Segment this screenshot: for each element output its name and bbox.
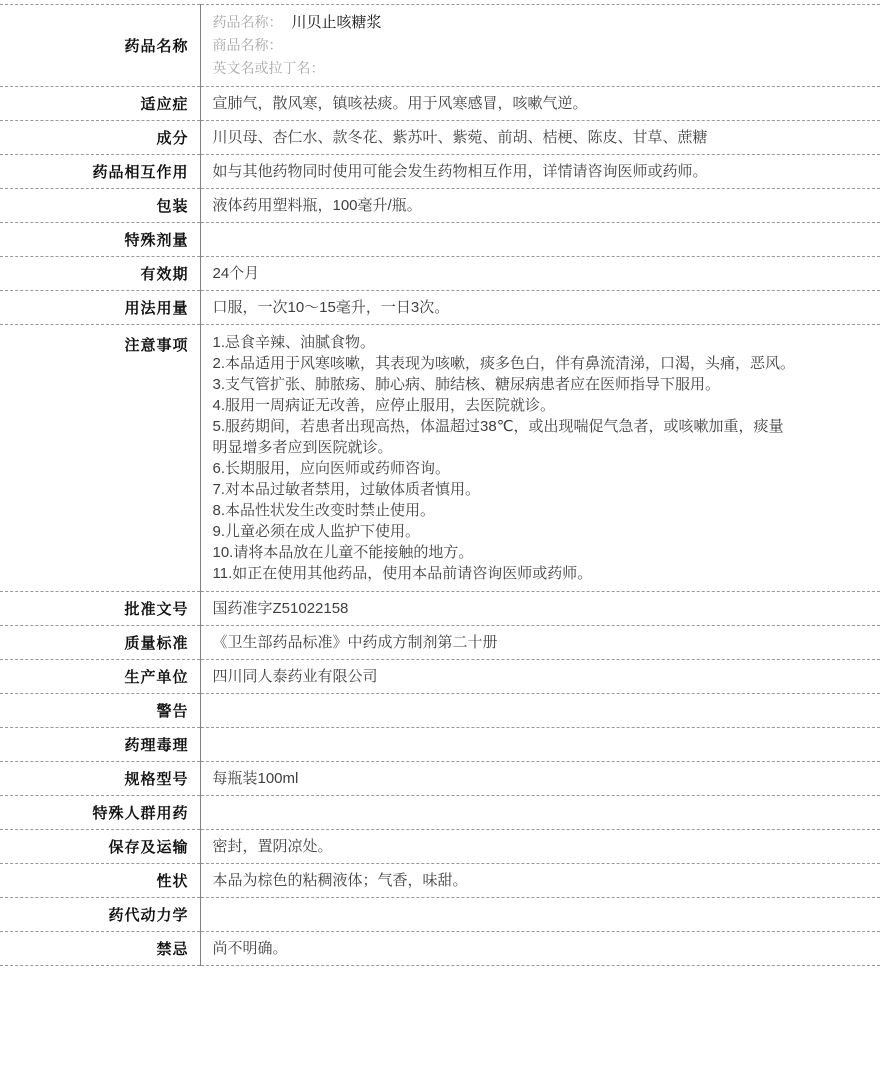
drug-info-table: 药品名称 药品名称：川贝止咳糖浆 商品名称： 英文名或拉丁名： 适应症 宣肺气，… xyxy=(0,4,880,966)
row-label-drug-name: 药品名称 xyxy=(0,5,200,87)
table-row: 适应症 宣肺气，散风寒，镇咳祛痰。用于风寒感冒，咳嗽气逆。 xyxy=(0,87,880,121)
precaution-line: 4.服用一周病证无改善，应停止服用，去医院就诊。 xyxy=(213,395,869,416)
row-value-properties: 本品为棕色的粘稠液体；气香，味甜。 xyxy=(200,864,880,898)
table-row: 成分 川贝母、杏仁水、款冬花、紫苏叶、紫菀、前胡、桔梗、陈皮、甘草、蔗糖 xyxy=(0,121,880,155)
row-value-indications: 宣肺气，散风寒，镇咳祛痰。用于风寒感冒，咳嗽气逆。 xyxy=(200,87,880,121)
precaution-line: 9.儿童必须在成人监护下使用。 xyxy=(213,521,869,542)
precaution-line: 6.长期服用，应向医师或药师咨询。 xyxy=(213,458,869,479)
row-value-special-populations xyxy=(200,796,880,830)
table-row: 规格型号 每瓶装100ml xyxy=(0,762,880,796)
row-value-dosage-usage: 口服，一次10～15毫升，一日3次。 xyxy=(200,291,880,325)
row-value-manufacturer: 四川同人泰药业有限公司 xyxy=(200,660,880,694)
row-value-pharmacokinetics xyxy=(200,898,880,932)
row-value-precautions: 1.忌食辛辣、油腻食物。 2.本品适用于风寒咳嗽，其表现为咳嗽，痰多色白，伴有鼻… xyxy=(200,325,880,592)
precaution-line: 5.服药期间，若患者出现高热，体温超过38℃，或出现喘促气急者，或咳嗽加重，痰量 xyxy=(213,416,869,437)
row-value-contraindications: 尚不明确。 xyxy=(200,932,880,966)
latin-name-field: 英文名或拉丁名： xyxy=(213,57,869,80)
table-row: 有效期 24个月 xyxy=(0,257,880,291)
table-row: 生产单位 四川同人泰药业有限公司 xyxy=(0,660,880,694)
table-row: 药品名称 药品名称：川贝止咳糖浆 商品名称： 英文名或拉丁名： xyxy=(0,5,880,87)
table-row: 性状 本品为棕色的粘稠液体；气香，味甜。 xyxy=(0,864,880,898)
precaution-line: 明显增多者应到医院就诊。 xyxy=(213,437,869,458)
row-label-warning: 警告 xyxy=(0,694,200,728)
row-value-pharmacology-toxicology xyxy=(200,728,880,762)
precaution-line: 11.如正在使用其他药品，使用本品前请咨询医师或药师。 xyxy=(213,563,869,584)
table-row: 药理毒理 xyxy=(0,728,880,762)
precaution-line: 8.本品性状发生改变时禁止使用。 xyxy=(213,500,869,521)
precaution-line: 1.忌食辛辣、油腻食物。 xyxy=(213,332,869,353)
drug-name-field: 药品名称：川贝止咳糖浆 xyxy=(213,11,869,34)
table-row: 禁忌 尚不明确。 xyxy=(0,932,880,966)
latin-name-key: 英文名或拉丁名： xyxy=(213,60,325,76)
row-value-interactions: 如与其他药物同时使用可能会发生药物相互作用，详情请咨询医师或药师。 xyxy=(200,155,880,189)
drug-name-key: 药品名称： xyxy=(213,14,283,30)
trade-name-key: 商品名称： xyxy=(213,37,283,53)
row-value-specification: 每瓶装100ml xyxy=(200,762,880,796)
table-row-precautions: 注意事项 1.忌食辛辣、油腻食物。 2.本品适用于风寒咳嗽，其表现为咳嗽，痰多色… xyxy=(0,325,880,592)
row-value-approval-number: 国药准字Z51022158 xyxy=(200,592,880,626)
row-label-pharmacokinetics: 药代动力学 xyxy=(0,898,200,932)
row-value-warning xyxy=(200,694,880,728)
row-label-storage-transport: 保存及运输 xyxy=(0,830,200,864)
table-row: 质量标准 《卫生部药品标准》中药成方制剂第二十册 xyxy=(0,626,880,660)
table-row: 特殊剂量 xyxy=(0,223,880,257)
row-label-quality-standard: 质量标准 xyxy=(0,626,200,660)
table-row: 药品相互作用 如与其他药物同时使用可能会发生药物相互作用，详情请咨询医师或药师。 xyxy=(0,155,880,189)
row-label-indications: 适应症 xyxy=(0,87,200,121)
precaution-line: 3.支气管扩张、肺脓疡、肺心病、肺结核、糖尿病患者应在医师指导下服用。 xyxy=(213,374,869,395)
row-label-ingredients: 成分 xyxy=(0,121,200,155)
table-row: 药代动力学 xyxy=(0,898,880,932)
table-row: 用法用量 口服，一次10～15毫升，一日3次。 xyxy=(0,291,880,325)
table-row: 警告 xyxy=(0,694,880,728)
row-value-special-dosage xyxy=(200,223,880,257)
row-value-shelf-life: 24个月 xyxy=(200,257,880,291)
row-label-special-dosage: 特殊剂量 xyxy=(0,223,200,257)
table-row: 保存及运输 密封，置阴凉处。 xyxy=(0,830,880,864)
row-label-specification: 规格型号 xyxy=(0,762,200,796)
row-label-manufacturer: 生产单位 xyxy=(0,660,200,694)
row-value-storage-transport: 密封，置阴凉处。 xyxy=(200,830,880,864)
row-label-properties: 性状 xyxy=(0,864,200,898)
row-label-special-populations: 特殊人群用药 xyxy=(0,796,200,830)
row-label-interactions: 药品相互作用 xyxy=(0,155,200,189)
row-label-pharmacology-toxicology: 药理毒理 xyxy=(0,728,200,762)
row-label-packaging: 包装 xyxy=(0,189,200,223)
row-value-packaging: 液体药用塑料瓶，100毫升/瓶。 xyxy=(200,189,880,223)
drug-name-value: 川贝止咳糖浆 xyxy=(292,14,382,31)
precaution-line: 2.本品适用于风寒咳嗽，其表现为咳嗽，痰多色白，伴有鼻流清涕，口渴，头痛，恶风。 xyxy=(213,353,869,374)
row-label-dosage-usage: 用法用量 xyxy=(0,291,200,325)
row-label-approval-number: 批准文号 xyxy=(0,592,200,626)
precaution-line: 7.对本品过敏者禁用，过敏体质者慎用。 xyxy=(213,479,869,500)
table-row: 包装 液体药用塑料瓶，100毫升/瓶。 xyxy=(0,189,880,223)
drug-name-cell: 药品名称：川贝止咳糖浆 商品名称： 英文名或拉丁名： xyxy=(200,5,880,87)
table-row: 批准文号 国药准字Z51022158 xyxy=(0,592,880,626)
precaution-line: 10.请将本品放在儿童不能接触的地方。 xyxy=(213,542,869,563)
row-value-ingredients: 川贝母、杏仁水、款冬花、紫苏叶、紫菀、前胡、桔梗、陈皮、甘草、蔗糖 xyxy=(200,121,880,155)
row-label-contraindications: 禁忌 xyxy=(0,932,200,966)
row-label-precautions: 注意事项 xyxy=(0,325,200,592)
table-row: 特殊人群用药 xyxy=(0,796,880,830)
row-label-shelf-life: 有效期 xyxy=(0,257,200,291)
trade-name-field: 商品名称： xyxy=(213,34,869,57)
row-value-quality-standard: 《卫生部药品标准》中药成方制剂第二十册 xyxy=(200,626,880,660)
